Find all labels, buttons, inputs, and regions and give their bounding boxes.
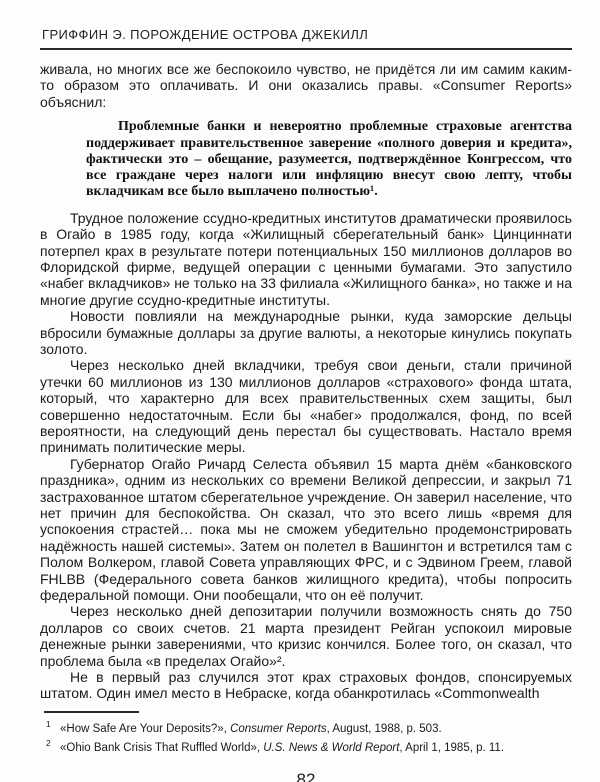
running-header: ГРИФФИН Э. ПОРОЖДЕНИЕ ОСТРОВА ДЖЕКИЛЛ [40, 27, 572, 42]
paragraph: Через несколько дней депозитарии получил… [40, 603, 572, 669]
footnote-item: 2«Ohio Bank Crisis That Ruffled World», … [44, 736, 572, 755]
page-number: 82 [40, 770, 572, 782]
footnote-text: , August, 1988, p. 503. [327, 723, 442, 735]
paragraph: Трудное положение ссудно-кредитных инсти… [40, 210, 572, 308]
page-body: живала, но многих все же беспокоило чувс… [40, 61, 572, 702]
block-quote: Проблемные банки и невероятно проблемные… [86, 119, 572, 200]
paragraph: Через несколько дней вкладчики, требуя с… [40, 357, 572, 455]
paragraph: Новости повлияли на международные рынки,… [40, 308, 572, 357]
book-page: ГРИФФИН Э. ПОРОЖДЕНИЕ ОСТРОВА ДЖЕКИЛЛ жи… [0, 0, 600, 782]
footnote-separator [44, 711, 139, 713]
footnote-item: 1«How Safe Are Your Deposits?», Consumer… [44, 717, 572, 736]
footnotes-section: 1«How Safe Are Your Deposits?», Consumer… [40, 711, 572, 756]
footnote-marker: 1 [44, 717, 60, 732]
paragraph: Не в первый раз случился этот крах страх… [40, 669, 572, 702]
footnote-journal: U.S. News & World Report [263, 742, 399, 754]
header-rule [40, 48, 572, 50]
footnote-text: «Ohio Bank Crisis That Ruffled World», [60, 742, 263, 754]
paragraph-intro: живала, но многих все же беспокоило чувс… [40, 61, 572, 110]
paragraph: Губернатор Огайо Ричард Селеста объявил … [40, 456, 572, 604]
footnote-marker: 2 [44, 736, 60, 751]
footnote-text: «How Safe Are Your Deposits?», [60, 723, 230, 735]
footnote-journal: Consumer Reports [230, 723, 327, 735]
footnote-text: , April 1, 1985, p. 11. [399, 742, 504, 754]
